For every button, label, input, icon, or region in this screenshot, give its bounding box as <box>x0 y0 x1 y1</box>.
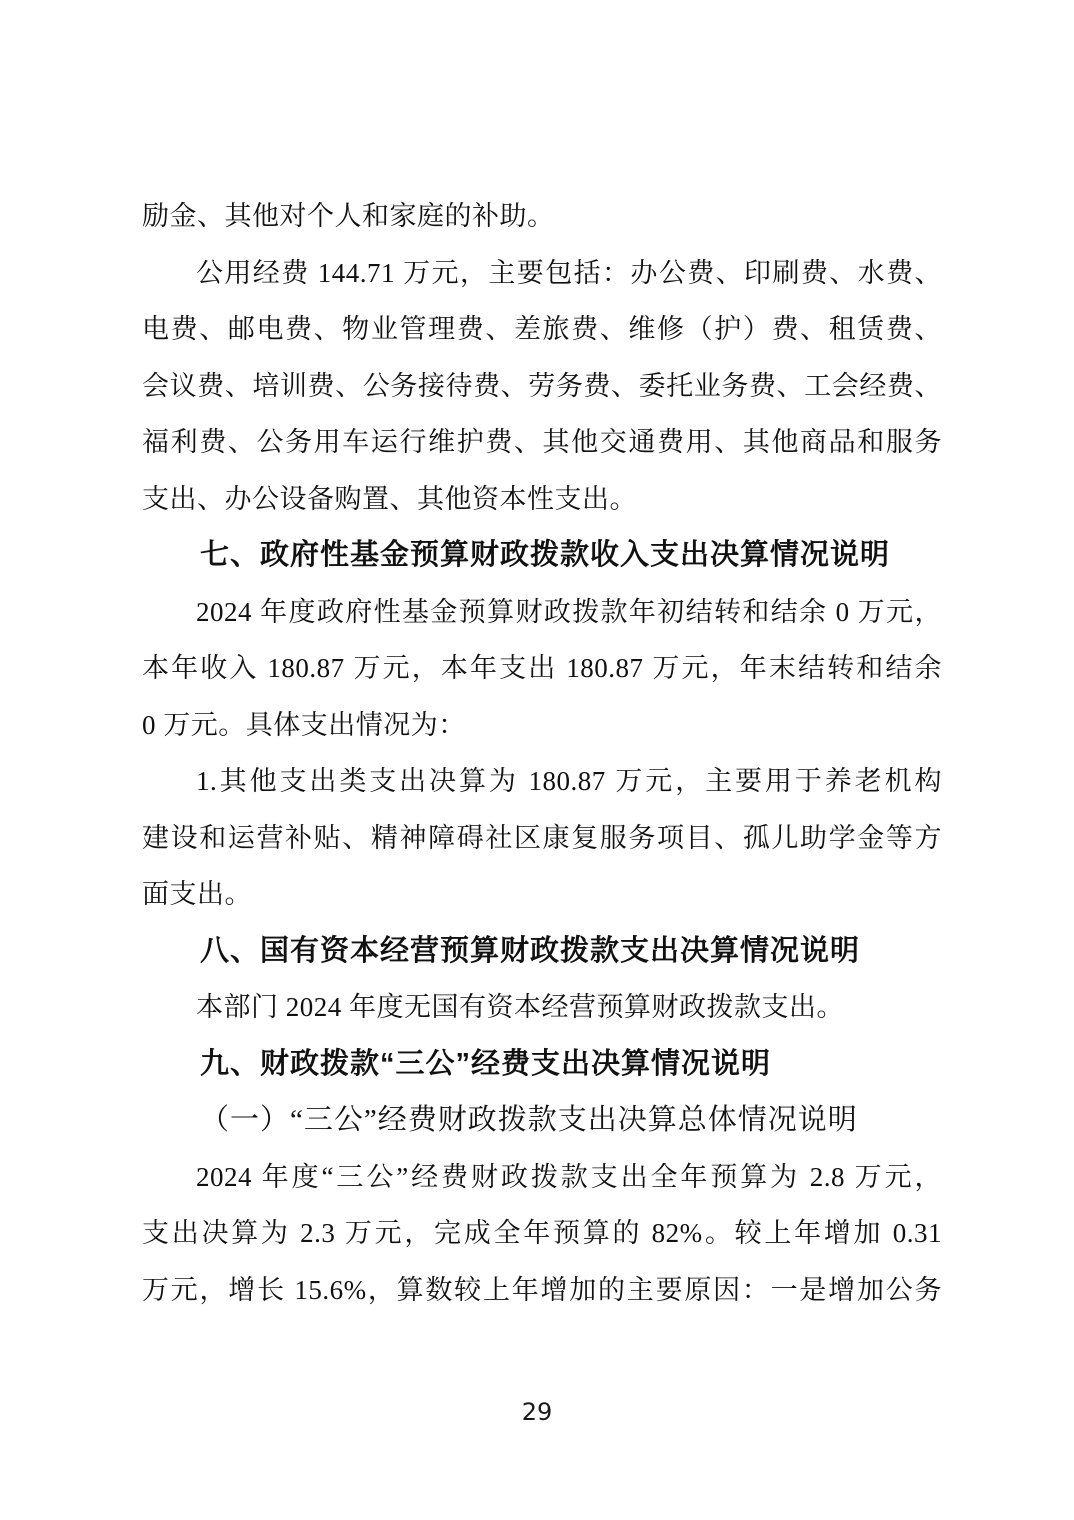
paragraph-line: 电费、邮电费、物业管理费、差旅费、维修（护）费、租赁费、 <box>142 301 942 358</box>
paragraph-line: 本年收入 180.87 万元，本年支出 180.87 万元，年末结转和结余 <box>142 640 942 697</box>
paragraph-line: 支出、办公设备购置、其他资本性支出。 <box>142 471 942 528</box>
paragraph-line: 建设和运营补贴、精神障碍社区康复服务项目、孤儿助学金等方 <box>142 810 942 867</box>
paragraph-line: 本部门 2024 年度无国有资本经营预算财政拨款支出。 <box>142 979 942 1036</box>
paragraph-line: 0 万元。具体支出情况为： <box>142 697 942 754</box>
paragraph-line: 公用经费 144.71 万元，主要包括：办公费、印刷费、水费、 <box>142 245 942 302</box>
paragraph-line: 1.其他支出类支出决算为 180.87 万元，主要用于养老机构 <box>142 753 942 810</box>
section-heading: 八、国有资本经营预算财政拨款支出决算情况说明 <box>142 923 942 980</box>
paragraph-line: 福利费、公务用车运行维护费、其他交通费用、其他商品和服务 <box>142 414 942 471</box>
section-heading: 七、政府性基金预算财政拨款收入支出决算情况说明 <box>142 527 942 584</box>
paragraph-line: 面支出。 <box>142 866 942 923</box>
document-body: 励金、其他对个人和家庭的补助。公用经费 144.71 万元，主要包括：办公费、印… <box>142 188 942 1318</box>
section-heading: 九、财政拨款“三公”经费支出决算情况说明 <box>142 1036 942 1093</box>
paragraph-line: 万元，增长 15.6%，算数较上年增加的主要原因：一是增加公务 <box>142 1262 942 1319</box>
paragraph-line: 支出决算为 2.3 万元，完成全年预算的 82%。较上年增加 0.31 <box>142 1205 942 1262</box>
page-number: 29 <box>0 1398 1074 1426</box>
document-page: 励金、其他对个人和家庭的补助。公用经费 144.71 万元，主要包括：办公费、印… <box>0 0 1074 1520</box>
sub-heading: （一）“三公”经费财政拨款支出决算总体情况说明 <box>142 1092 942 1149</box>
paragraph-line: 励金、其他对个人和家庭的补助。 <box>142 188 942 245</box>
paragraph-line: 2024 年度政府性基金预算财政拨款年初结转和结余 0 万元， <box>142 584 942 641</box>
paragraph-line: 会议费、培训费、公务接待费、劳务费、委托业务费、工会经费、 <box>142 358 942 415</box>
paragraph-line: 2024 年度“三公”经费财政拨款支出全年预算为 2.8 万元， <box>142 1149 942 1206</box>
